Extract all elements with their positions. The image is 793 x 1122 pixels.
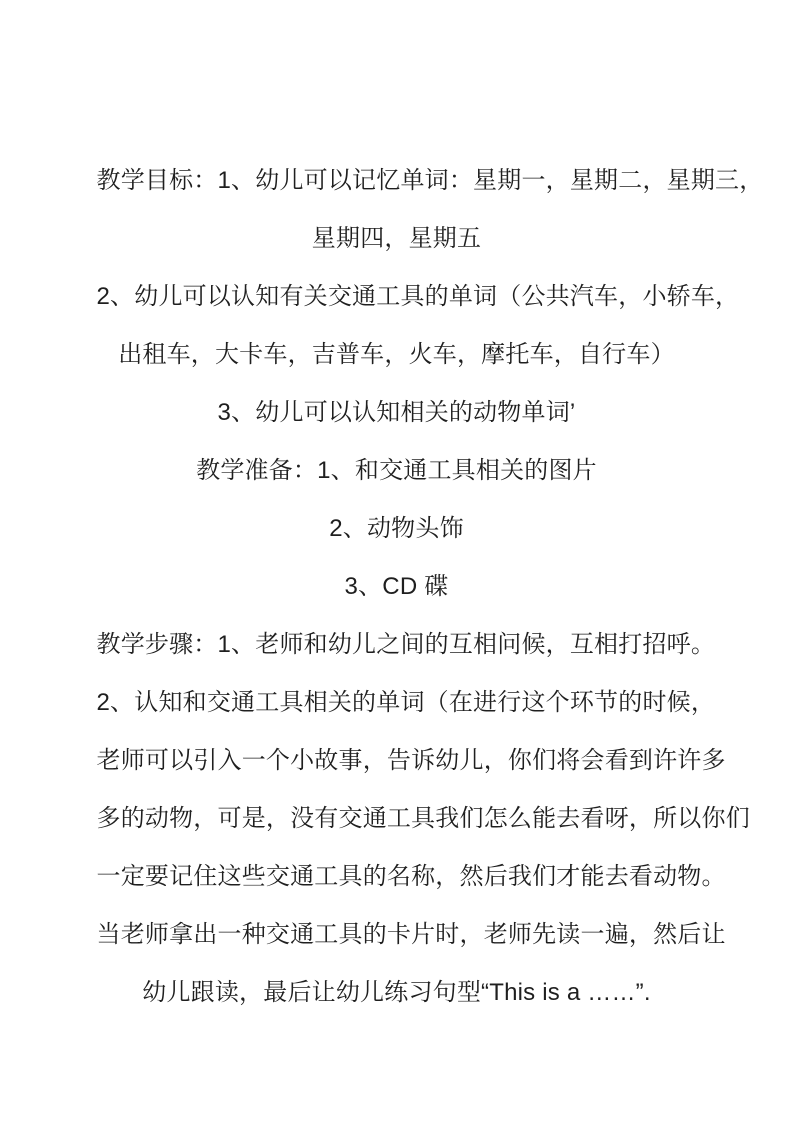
text-line-steps-2-cont-3: 一定要记住这些交通工具的名称，然后我们才能去看动物。 <box>97 848 697 906</box>
text-line-steps-2-cont-1: 老师可以引入一个小故事，告诉幼儿，你们将会看到许许多 <box>97 732 697 790</box>
text-line-steps-2: 2、认知和交通工具相关的单词（在进行这个环节的时候， <box>97 674 697 732</box>
text-line-steps-1: 教学步骤：1、老师和幼儿之间的互相问候，互相打招呼。 <box>97 616 697 674</box>
text-line-preparation-2: 2、动物头饰 <box>97 500 697 558</box>
text-line-steps-2-cont-2: 多的动物，可是，没有交通工具我们怎么能去看呀，所以你们 <box>97 790 697 848</box>
text-line-objectives-1-cont: 星期四，星期五 <box>97 210 697 268</box>
text-line-objectives-2-cont: 出租车，大卡车，吉普车，火车，摩托车，自行车） <box>97 326 697 384</box>
text-line-objectives-3: 3、幼儿可以认知相关的动物单词’ <box>97 384 697 442</box>
document-content: 教学目标：1、幼儿可以记忆单词：星期一，星期二，星期三， 星期四，星期五 2、幼… <box>97 0 697 1022</box>
document-page: 教学目标：1、幼儿可以记忆单词：星期一，星期二，星期三， 星期四，星期五 2、幼… <box>0 0 793 1122</box>
text-line-preparation-1: 教学准备：1、和交通工具相关的图片 <box>97 442 697 500</box>
text-line-objectives-1: 教学目标：1、幼儿可以记忆单词：星期一，星期二，星期三， <box>97 152 697 210</box>
text-line-objectives-2: 2、幼儿可以认知有关交通工具的单词（公共汽车，小轿车， <box>97 268 697 326</box>
text-line-steps-2-cont-4: 当老师拿出一种交通工具的卡片时，老师先读一遍，然后让 <box>97 906 697 964</box>
text-line-steps-2-cont-5: 幼儿跟读，最后让幼儿练习句型“This is a ……”. <box>97 964 697 1022</box>
text-line-preparation-3: 3、CD 碟 <box>97 558 697 616</box>
